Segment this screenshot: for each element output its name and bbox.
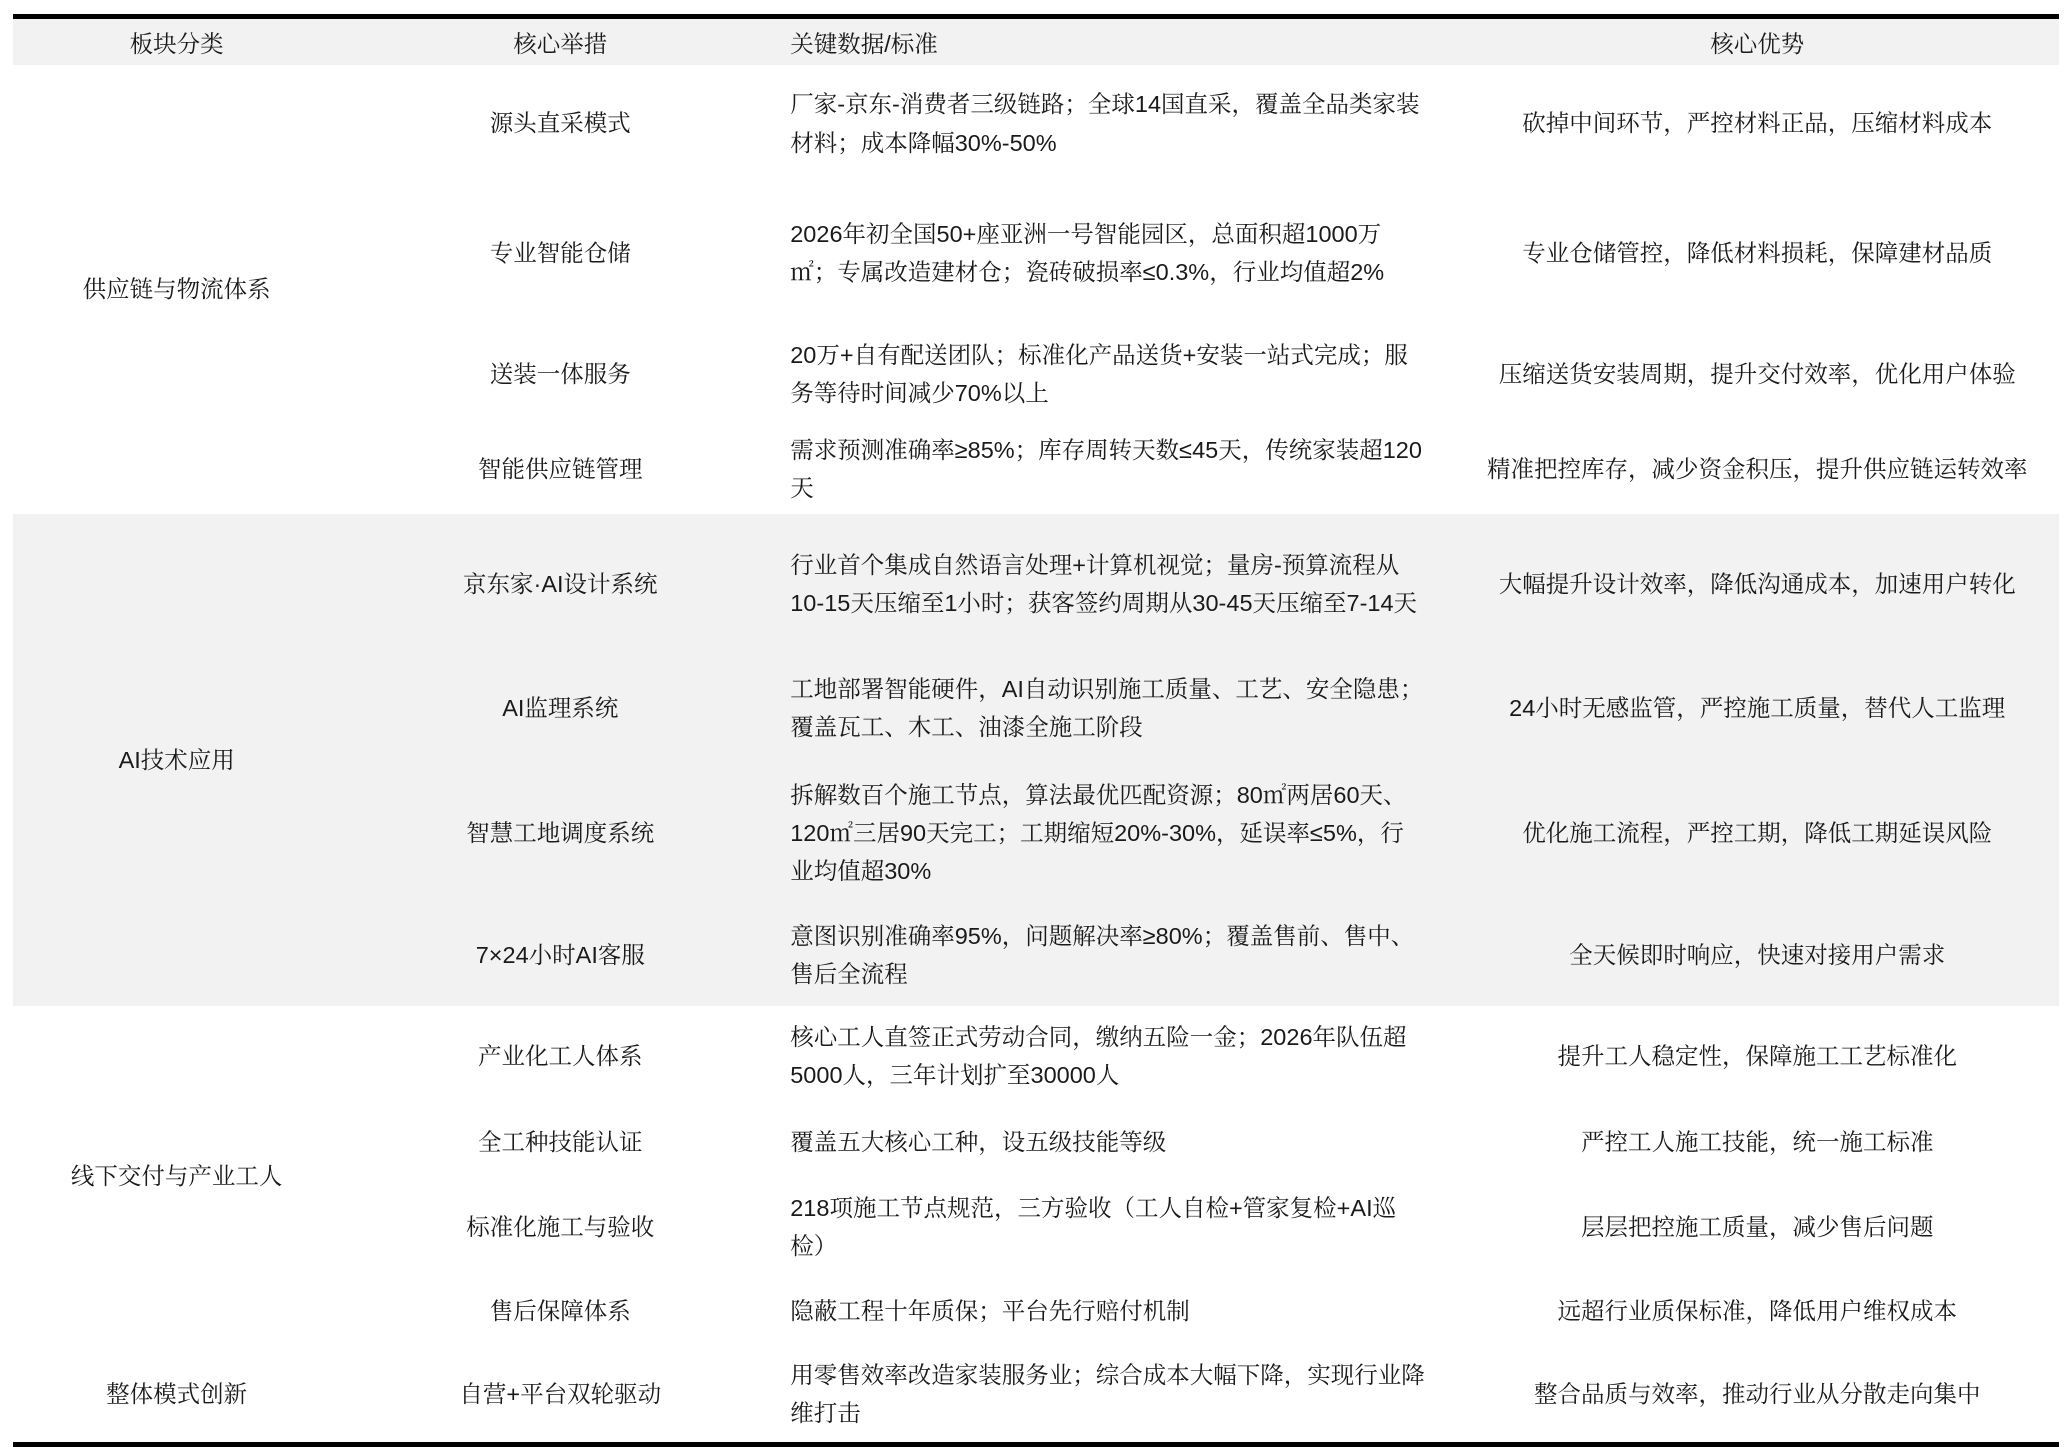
measure-cell: 产业化工人体系 <box>340 1006 780 1106</box>
measure-cell: 京东家·AI设计系统 <box>340 514 780 654</box>
key-data-cell: 用零售效率改造家装服务业；综合成本大幅下降，实现行业降维打击 <box>780 1346 1455 1445</box>
table-row: 整体模式创新 自营+平台双轮驱动 用零售效率改造家装服务业；综合成本大幅下降，实… <box>13 1346 2059 1445</box>
advantage-cell: 整合品质与效率，推动行业从分散走向集中 <box>1455 1346 2059 1445</box>
category-cell: AI技术应用 <box>13 514 340 1006</box>
key-data-cell: 拆解数百个施工节点，算法最优匹配资源；80㎡两居60天、120㎡三居90天完工；… <box>780 762 1455 904</box>
key-data-cell: 工地部署智能硬件，AI自动识别施工质量、工艺、安全隐患；覆盖瓦工、木工、油漆全施… <box>780 654 1455 762</box>
column-header-advantage: 核心优势 <box>1455 17 2059 66</box>
column-header-category: 板块分类 <box>13 17 340 66</box>
table-row: AI技术应用 京东家·AI设计系统 行业首个集成自然语言处理+计算机视觉；量房-… <box>13 514 2059 654</box>
table-row: 供应链与物流体系 源头直采模式 厂家-京东-消费者三级链路；全球14国直采，覆盖… <box>13 65 2059 182</box>
measure-cell: 标准化施工与验收 <box>340 1178 780 1276</box>
advantage-cell: 远超行业质保标准，降低用户维权成本 <box>1455 1276 2059 1346</box>
category-cell: 线下交付与产业工人 <box>13 1006 340 1346</box>
advantage-cell: 严控工人施工技能，统一施工标准 <box>1455 1106 2059 1178</box>
key-data-cell: 20万+自有配送团队；标准化产品送货+安装一站式完成；服务等待时间减少70%以上 <box>780 324 1455 424</box>
key-data-cell: 覆盖五大核心工种，设五级技能等级 <box>780 1106 1455 1178</box>
advantage-cell: 全天候即时响应，快速对接用户需求 <box>1455 904 2059 1006</box>
key-data-cell: 行业首个集成自然语言处理+计算机视觉；量房-预算流程从10-15天压缩至1小时；… <box>780 514 1455 654</box>
column-header-key-data: 关键数据/标准 <box>780 17 1455 66</box>
measure-cell: 售后保障体系 <box>340 1276 780 1346</box>
measure-cell: 送装一体服务 <box>340 324 780 424</box>
measure-cell: AI监理系统 <box>340 654 780 762</box>
measure-cell: 源头直采模式 <box>340 65 780 182</box>
advantage-cell: 专业仓储管控，降低材料损耗，保障建材品质 <box>1455 182 2059 324</box>
key-data-cell: 意图识别准确率95%，问题解决率≥80%；覆盖售前、售中、售后全流程 <box>780 904 1455 1006</box>
business-model-table: 板块分类 核心举措 关键数据/标准 核心优势 供应链与物流体系 源头直采模式 厂… <box>13 14 2059 1447</box>
category-cell: 整体模式创新 <box>13 1346 340 1445</box>
advantage-cell: 优化施工流程，严控工期，降低工期延误风险 <box>1455 762 2059 904</box>
advantage-cell: 精准把控库存，减少资金积压，提升供应链运转效率 <box>1455 424 2059 514</box>
key-data-cell: 厂家-京东-消费者三级链路；全球14国直采，覆盖全品类家装材料；成本降幅30%-… <box>780 65 1455 182</box>
advantage-cell: 砍掉中间环节，严控材料正品，压缩材料成本 <box>1455 65 2059 182</box>
advantage-cell: 提升工人稳定性，保障施工工艺标准化 <box>1455 1006 2059 1106</box>
measure-cell: 智能供应链管理 <box>340 424 780 514</box>
key-data-cell: 核心工人直签正式劳动合同，缴纳五险一金；2026年队伍超5000人，三年计划扩至… <box>780 1006 1455 1106</box>
measure-cell: 全工种技能认证 <box>340 1106 780 1178</box>
advantage-cell: 24小时无感监管，严控施工质量，替代人工监理 <box>1455 654 2059 762</box>
measure-cell: 专业智能仓储 <box>340 182 780 324</box>
advantage-cell: 压缩送货安装周期，提升交付效率，优化用户体验 <box>1455 324 2059 424</box>
advantage-cell: 大幅提升设计效率，降低沟通成本，加速用户转化 <box>1455 514 2059 654</box>
key-data-cell: 需求预测准确率≥85%；库存周转天数≤45天，传统家装超120天 <box>780 424 1455 514</box>
measure-cell: 7×24小时AI客服 <box>340 904 780 1006</box>
category-cell: 供应链与物流体系 <box>13 65 340 514</box>
table-header-row: 板块分类 核心举措 关键数据/标准 核心优势 <box>13 17 2059 66</box>
key-data-cell: 218项施工节点规范，三方验收（工人自检+管家复检+AI巡检） <box>780 1178 1455 1276</box>
advantage-cell: 层层把控施工质量，减少售后问题 <box>1455 1178 2059 1276</box>
measure-cell: 智慧工地调度系统 <box>340 762 780 904</box>
document-page: 板块分类 核心举措 关键数据/标准 核心优势 供应链与物流体系 源头直采模式 厂… <box>0 0 2072 1324</box>
measure-cell: 自营+平台双轮驱动 <box>340 1346 780 1445</box>
key-data-cell: 隐蔽工程十年质保；平台先行赔付机制 <box>780 1276 1455 1346</box>
table-row: 线下交付与产业工人 产业化工人体系 核心工人直签正式劳动合同，缴纳五险一金；20… <box>13 1006 2059 1106</box>
column-header-measure: 核心举措 <box>340 17 780 66</box>
key-data-cell: 2026年初全国50+座亚洲一号智能园区，总面积超1000万㎡；专属改造建材仓；… <box>780 182 1455 324</box>
